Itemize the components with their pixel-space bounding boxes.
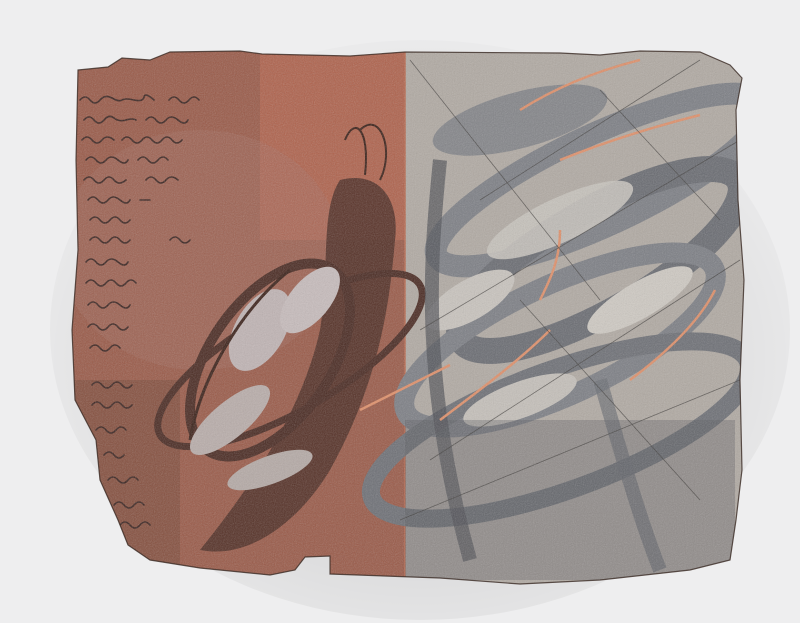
surface-texture: [60, 40, 760, 600]
artwork-photo: Mixed-media artwork on an irregular torn…: [0, 0, 800, 623]
panel-surface: [60, 40, 782, 600]
artwork-panel: [0, 0, 800, 623]
